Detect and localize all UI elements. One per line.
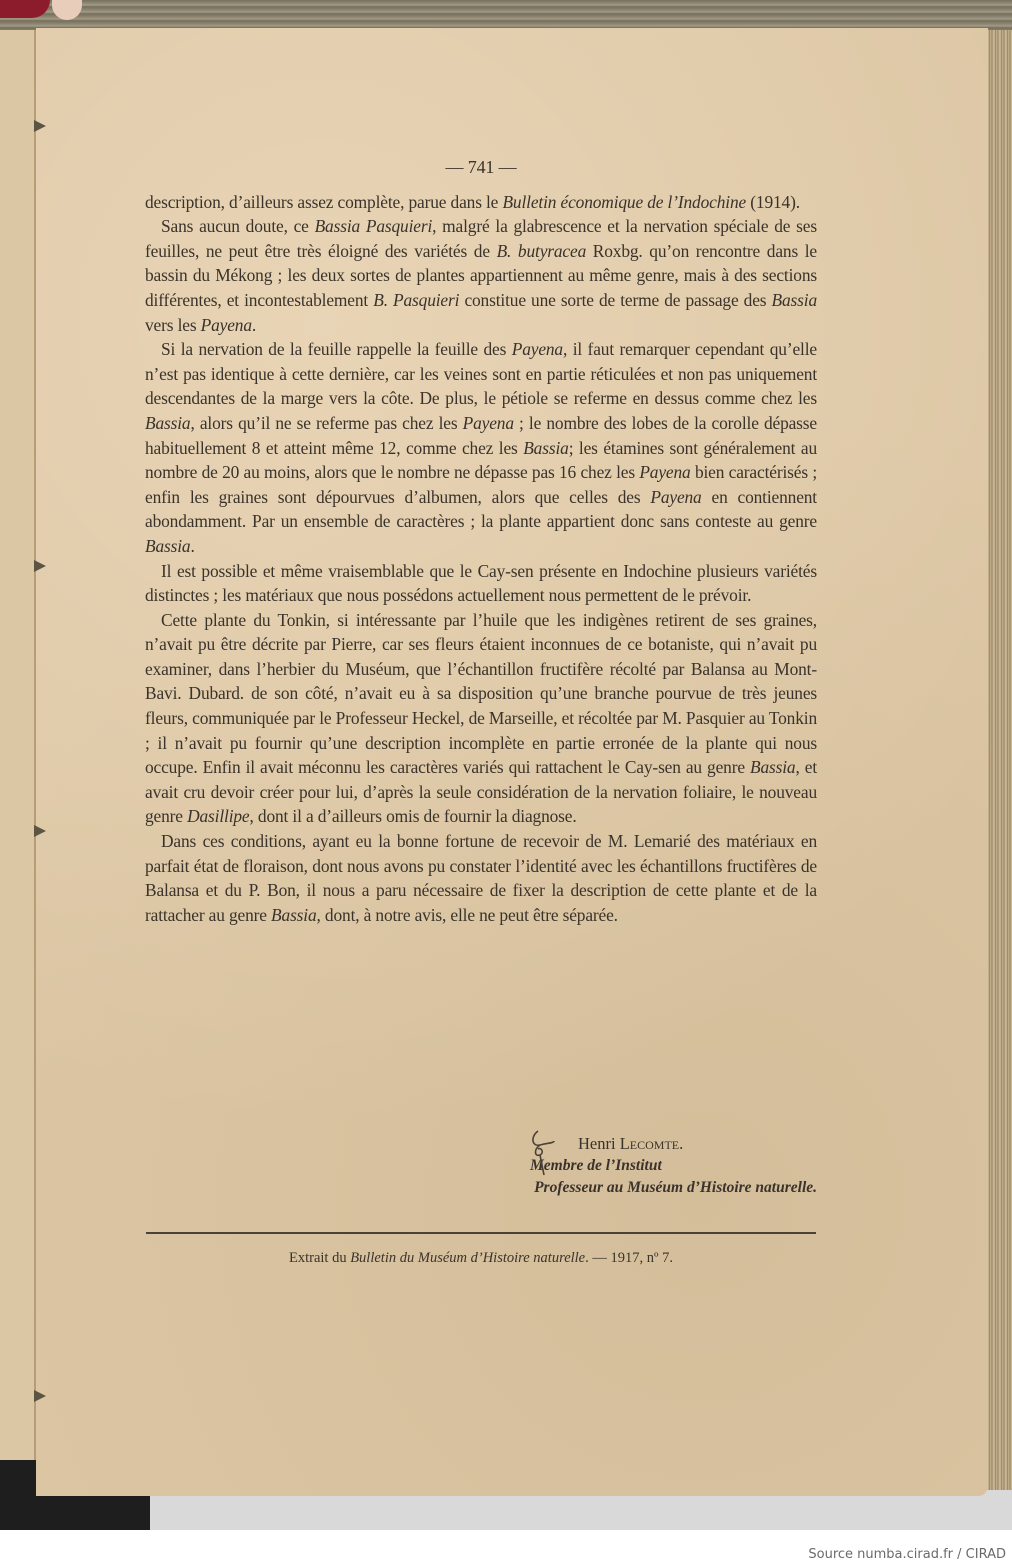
text-run: Si la nervation de la feuille rappelle l…	[161, 339, 512, 359]
italic-term: Bassia	[523, 438, 568, 458]
paragraphs: description, d’ailleurs assez complète, …	[145, 190, 817, 928]
italic-term: Bassia	[750, 757, 795, 777]
footer-rule	[146, 1232, 816, 1234]
paragraph: Si la nervation de la feuille rappelle l…	[145, 337, 817, 558]
italic-term: Bassia Pasquieri	[315, 216, 433, 236]
source-credit: Source numba.cirad.fr / CIRAD	[808, 1547, 1006, 1562]
paragraph: Cette plante du Tonkin, si intéressante …	[145, 608, 817, 829]
text-run: .	[252, 315, 256, 335]
italic-term: Bulletin économique de l’Indochine	[502, 192, 746, 212]
italic-term: B. butyracea	[497, 241, 587, 261]
italic-term: Bassia	[271, 905, 316, 925]
page-number: — 741 —	[145, 155, 817, 180]
italic-term: Bassia	[772, 290, 817, 310]
signature-block: Henri Lecomte. Membre de l’Institut Prof…	[468, 1133, 817, 1199]
text-run: description, d’ailleurs assez complète, …	[145, 192, 502, 212]
facing-page-edge	[0, 30, 36, 1460]
italic-term: Payena	[463, 413, 514, 433]
text-run: , dont, à notre avis, elle ne peut être …	[317, 905, 618, 925]
author-title: Membre de l’Institut	[468, 1155, 817, 1177]
italic-term: Payena	[650, 487, 701, 507]
text-run: vers les	[145, 315, 201, 335]
author-name: Henri Lecomte.	[468, 1133, 817, 1155]
page-body: — 741 — description, d’ailleurs assez co…	[145, 155, 817, 927]
footer-citation: Extrait du Bulletin du Muséum d’Histoire…	[146, 1250, 816, 1267]
binding-thread-mark	[34, 120, 46, 132]
italic-term: Payena	[512, 339, 563, 359]
signature-flourish-icon	[528, 1129, 556, 1179]
binding-thread-mark	[34, 1390, 46, 1402]
italic-term: Payena	[639, 462, 690, 482]
italic-term: B. Pasquieri	[373, 290, 459, 310]
author-affiliation: Professeur au Muséum d’Histoire naturell…	[468, 1177, 817, 1199]
italic-term: Dasillipe	[187, 806, 249, 826]
binding-thread-mark	[34, 560, 46, 572]
paragraph: Dans ces conditions, ayant eu la bonne f…	[145, 829, 817, 927]
text-run: .	[190, 536, 194, 556]
paragraph: Sans aucun doute, ce Bassia Pasquieri, m…	[145, 214, 817, 337]
page-stack-edge	[984, 30, 1012, 1490]
text-run: , alors qu’il ne se referme pas chez les	[190, 413, 462, 433]
text-run: , dont il a d’ailleurs omis de fournir l…	[250, 806, 577, 826]
italic-term: Bassia	[145, 536, 190, 556]
italic-term: Bassia	[145, 413, 190, 433]
paragraph: Il est possible et même vraisemblable qu…	[145, 559, 817, 608]
text-run: Sans aucun doute, ce	[161, 216, 315, 236]
italic-term: Payena	[201, 315, 252, 335]
binding-thread-mark	[34, 825, 46, 837]
text-run: (1914).	[746, 192, 800, 212]
text-run: constitue une sorte de terme de passage …	[459, 290, 771, 310]
paragraph: description, d’ailleurs assez complète, …	[145, 190, 817, 215]
text-run: Cette plante du Tonkin, si intéressante …	[145, 610, 817, 778]
text-run: Il est possible et même vraisemblable qu…	[145, 561, 817, 606]
